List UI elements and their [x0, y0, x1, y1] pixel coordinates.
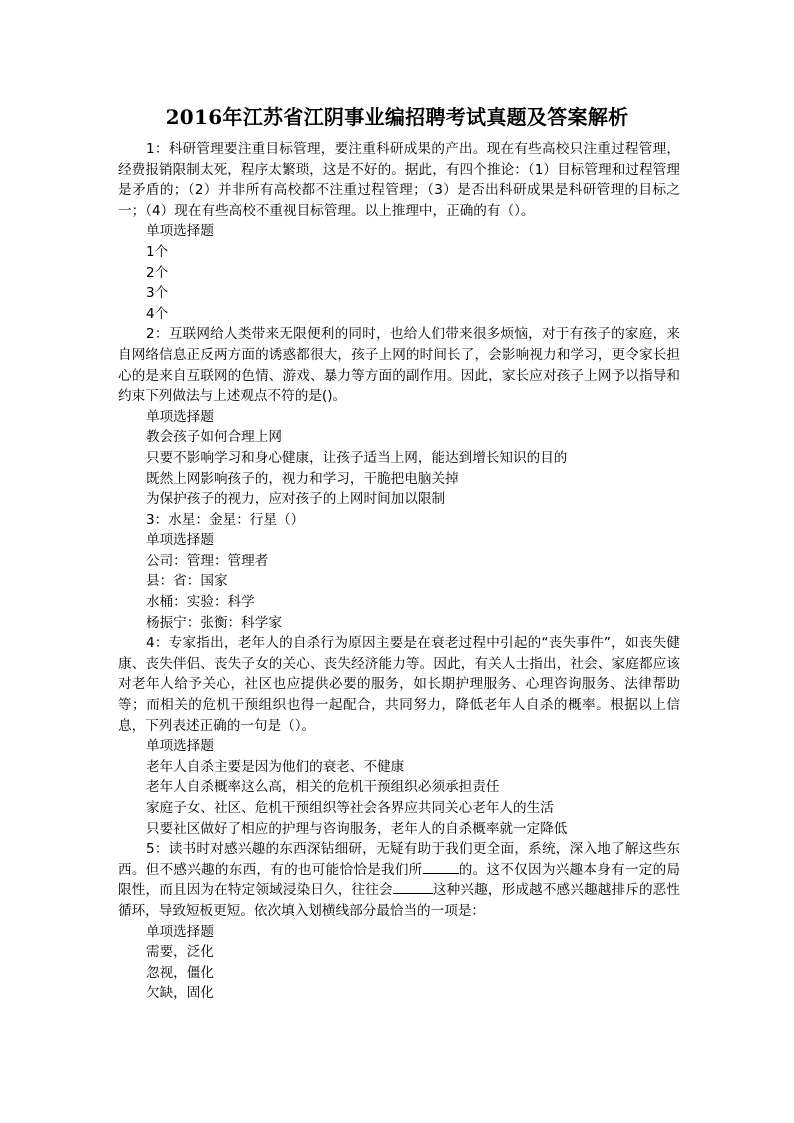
question-5-type: 单项选择题 — [118, 922, 680, 943]
question-5-option-c: 欠缺，固化 — [118, 983, 680, 1004]
question-5-option-b: 忽视，僵化 — [118, 963, 680, 984]
question-4-stem: 4：专家指出，老年人的自杀行为原因主要是在衰老过程中引起的“丧失事件”，如丧失健… — [118, 633, 680, 736]
question-5-option-a: 需要，泛化 — [118, 942, 680, 963]
fill-blank-1 — [423, 860, 459, 874]
question-3-option-a: 公司：管理：管理者 — [118, 551, 680, 572]
question-1-stem: 1：科研管理要注重目标管理，要注重科研成果的产出。现在有些高校只注重过程管理，经… — [118, 139, 680, 221]
question-4-option-b: 老年人自杀概率这么高，相关的危机干预组织必须承担责任 — [118, 777, 680, 798]
question-5-stem: 5：读书时对感兴趣的东西深钻细研，无疑有助于我们更全面，系统，深入地了解这些东西… — [118, 839, 680, 921]
question-1-option-a: 1个 — [118, 242, 680, 263]
question-4-type: 单项选择题 — [118, 736, 680, 757]
question-3-stem: 3：水星：金星：行星（） — [118, 510, 680, 531]
question-3-type: 单项选择题 — [118, 530, 680, 551]
question-2-option-d: 为保护孩子的视力，应对孩子的上网时间加以限制 — [118, 489, 680, 510]
question-2-option-b: 只要不影响学习和身心健康，让孩子适当上网，能达到增长知识的目的 — [118, 448, 680, 469]
question-4-option-d: 只要社区做好了相应的护理与咨询服务，老年人的自杀概率就一定降低 — [118, 819, 680, 840]
question-4-option-c: 家庭子女、社区、危机干预组织等社会各界应共同关心老年人的生活 — [118, 798, 680, 819]
document-title: 2016年江苏省江阴事业编招聘考试真题及答案解析 — [0, 103, 794, 131]
question-4-option-a: 老年人自杀主要是因为他们的衰老、不健康 — [118, 757, 680, 778]
question-1-option-c: 3个 — [118, 283, 680, 304]
question-2-stem: 2：互联网给人类带来无限便利的同时，也给人们带来很多烦恼，对于有孩子的家庭，来自… — [118, 324, 680, 406]
document-body: 1：科研管理要注重目标管理，要注重科研成果的产出。现在有些高校只注重过程管理，经… — [118, 139, 680, 1004]
question-2-option-a: 教会孩子如何合理上网 — [118, 427, 680, 448]
question-1-option-b: 2个 — [118, 263, 680, 284]
question-3-option-c: 水桶：实验：科学 — [118, 592, 680, 613]
question-3-option-d: 杨振宁：张衡：科学家 — [118, 613, 680, 634]
question-2-option-c: 既然上网影响孩子的，视力和学习，干脆把电脑关掉 — [118, 469, 680, 490]
question-2-type: 单项选择题 — [118, 407, 680, 428]
document-page: 2016年江苏省江阴事业编招聘考试真题及答案解析 1：科研管理要注重目标管理，要… — [0, 0, 794, 1123]
question-3-option-b: 县：省：国家 — [118, 571, 680, 592]
question-1-option-d: 4个 — [118, 304, 680, 325]
fill-blank-2 — [393, 880, 433, 894]
question-1-type: 单项选择题 — [118, 221, 680, 242]
